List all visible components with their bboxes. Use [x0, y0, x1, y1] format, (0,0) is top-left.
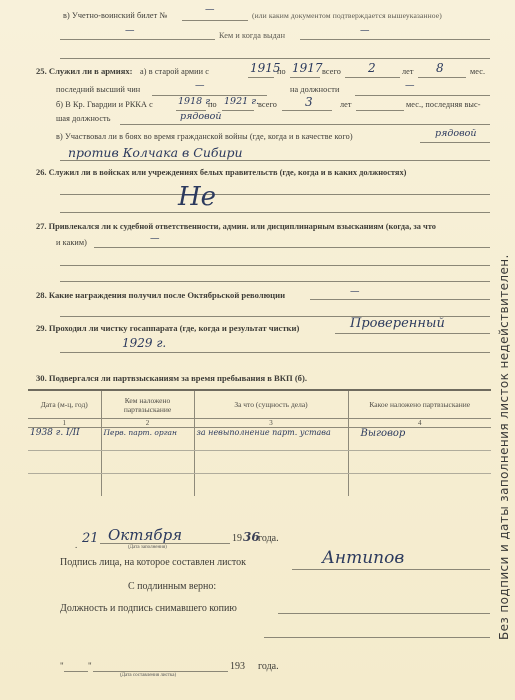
item28-field-1[interactable]	[310, 299, 490, 300]
red-army-to: 1921 г.	[224, 96, 259, 107]
questionnaire-page: в) Учетно-воинский билет № — (или каким …	[0, 0, 515, 700]
issued-label: Кем и когда выдан	[219, 31, 285, 40]
fill-date-open-quote: .	[75, 540, 77, 550]
cell-by-whom[interactable]: Перв. парт. орган	[101, 428, 194, 451]
cell-by-whom[interactable]	[101, 451, 194, 474]
old-army-from: 1915	[250, 61, 281, 75]
item30-label: 30. Подвергался ли партвзысканиям за вре…	[36, 373, 307, 383]
military-ticket-label: в) Учетно-воинский билет №	[63, 11, 167, 20]
cell-date[interactable]	[28, 474, 101, 497]
column-number-4: 4	[348, 419, 491, 428]
old-army-years-field[interactable]	[345, 77, 400, 78]
old-army-months-label: мес.	[470, 67, 485, 76]
position-label: на должности	[290, 85, 339, 94]
civil-war-field-2[interactable]	[60, 160, 490, 161]
red-army-to-field[interactable]	[222, 110, 254, 111]
column-header-penalty: Какое наложено партвзыскание	[348, 390, 491, 419]
red-army-to-label: по	[208, 100, 217, 109]
item27-value: —	[150, 233, 160, 244]
old-army-months-field[interactable]	[418, 77, 466, 78]
item29-label: 29. Проходил ли чистку госаппарата (где,…	[36, 323, 299, 333]
issued-value-right: —	[360, 25, 370, 36]
red-army-years-field[interactable]	[282, 110, 332, 111]
position-field[interactable]	[355, 95, 490, 96]
red-army-years: 3	[305, 95, 313, 109]
column-header-date: Дата (м-ц, год)	[28, 390, 101, 419]
column-header-by-whom: Кем наложено партвзыскание	[101, 390, 194, 419]
validity-side-note: Без подписи и даты заполнения листок нед…	[497, 254, 511, 640]
item27-field-1[interactable]	[94, 247, 490, 248]
issued-line-left[interactable]	[60, 39, 215, 40]
military-ticket-value: —	[205, 4, 215, 15]
copy-position-field-2[interactable]	[264, 637, 490, 638]
item26-value: Не	[178, 182, 216, 212]
cell-date[interactable]: 1938 г. I/II	[28, 428, 101, 451]
red-army-last-position-field[interactable]	[120, 124, 490, 125]
copy-date-year-label: года.	[258, 661, 279, 672]
table-row: 1938 г. I/II Перв. парт. орган за невыпо…	[28, 428, 491, 451]
item27-field-2[interactable]	[60, 265, 490, 266]
copy-position-label: Должность и подпись снимавшего копию	[60, 603, 237, 614]
cell-reason[interactable]	[194, 474, 348, 497]
old-army-from-field[interactable]	[248, 77, 274, 78]
position-value: —	[405, 80, 415, 91]
red-army-months-label: мес., последняя выс-	[406, 100, 481, 109]
civil-war-label: в) Участвовал ли в боях во время граждан…	[56, 132, 353, 141]
red-army-label: б) В Кр. Гвардии и РККА с	[56, 100, 153, 109]
item29-field-2[interactable]	[60, 352, 490, 353]
cell-by-whom[interactable]	[101, 474, 194, 497]
civil-war-field-1[interactable]	[420, 142, 490, 143]
cell-reason[interactable]	[194, 451, 348, 474]
item25-label: 25. Служил ли в армиях:	[36, 66, 133, 76]
red-army-last-position-label: шая должность	[56, 114, 111, 123]
column-number-2: 2	[101, 419, 194, 428]
military-ticket-note: (или каким документом подтверждается выш…	[252, 11, 442, 20]
item26-field-2[interactable]	[60, 212, 490, 213]
old-army-to: 1917	[292, 61, 323, 75]
fill-date-month: Октября	[108, 526, 182, 544]
red-army-years-label: лет	[340, 100, 352, 109]
blank-line	[60, 58, 490, 59]
cell-reason[interactable]: за невыполнение парт. устава	[194, 428, 348, 451]
item28-value: —	[350, 286, 360, 297]
copy-date-quote-close: "	[88, 661, 92, 671]
old-army-to-label: по	[277, 67, 286, 76]
item27-label-2: и каким)	[56, 238, 87, 247]
signature-field[interactable]	[292, 569, 490, 570]
red-army-months-field[interactable]	[356, 110, 404, 111]
party-penalties-table: Дата (м-ц, год) Кем наложено партвзыскан…	[28, 389, 491, 496]
last-rank-value: —	[195, 80, 205, 91]
old-army-years: 2	[368, 61, 376, 75]
cell-penalty[interactable]	[348, 451, 491, 474]
fill-date-caption: (Дата заполнения)	[128, 545, 167, 550]
copy-date-day-field[interactable]	[64, 671, 88, 672]
item29-value-2: 1929 г.	[122, 336, 166, 350]
item27-field-3[interactable]	[60, 281, 490, 282]
copy-date-month-field[interactable]	[93, 671, 228, 672]
old-army-label: а) в старой армии с	[140, 67, 209, 76]
copy-date-quote: "	[60, 661, 64, 671]
issued-line-right[interactable]	[300, 39, 490, 40]
cell-penalty[interactable]	[348, 474, 491, 497]
old-army-years-label: лет	[402, 67, 414, 76]
column-number-3: 3	[194, 419, 348, 428]
table-row	[28, 474, 491, 497]
red-army-last-position-value: рядовой	[180, 111, 221, 122]
item29-field-1[interactable]	[335, 333, 490, 334]
item27-label: 27. Привлекался ли к судебной ответствен…	[36, 222, 436, 231]
red-army-total-label: всего	[258, 100, 277, 109]
column-number-1: 1	[28, 419, 101, 428]
old-army-months: 8	[436, 61, 444, 75]
fill-date-year-prefix: 19	[232, 533, 242, 544]
old-army-to-field[interactable]	[290, 77, 320, 78]
fill-date-year-label: года.	[258, 533, 279, 544]
table-row	[28, 451, 491, 474]
last-rank-label: последний высший чин	[56, 85, 140, 94]
signature-label: Подпись лица, на которое составлен листо…	[60, 557, 246, 568]
civil-war-value-1: рядовой	[435, 128, 476, 139]
copy-date-caption: (Дата составления листка)	[120, 673, 176, 678]
signature-value: Антипов	[322, 548, 404, 568]
column-header-reason: За что (сущность дела)	[194, 390, 348, 419]
issued-value-left: —	[125, 25, 135, 36]
item28-label: 28. Какие награждения получил после Октя…	[36, 290, 285, 300]
fill-date-day: 21	[82, 531, 99, 546]
cell-date[interactable]	[28, 451, 101, 474]
item26-field-1[interactable]	[60, 194, 490, 195]
copy-date-year-prefix: 193	[230, 661, 245, 672]
item29-value-1: Проверенный	[350, 316, 445, 331]
item26-label: 26. Служил ли в войсках или учреждениях …	[36, 168, 406, 177]
old-army-total-label: всего	[322, 67, 341, 76]
cell-penalty[interactable]: Выговор	[348, 428, 491, 451]
certified-label: С подлинным верно:	[128, 581, 216, 592]
copy-position-field-1[interactable]	[278, 613, 490, 614]
military-ticket-line[interactable]	[182, 20, 248, 21]
civil-war-value-2: против Колчака в Сибири	[68, 145, 243, 160]
